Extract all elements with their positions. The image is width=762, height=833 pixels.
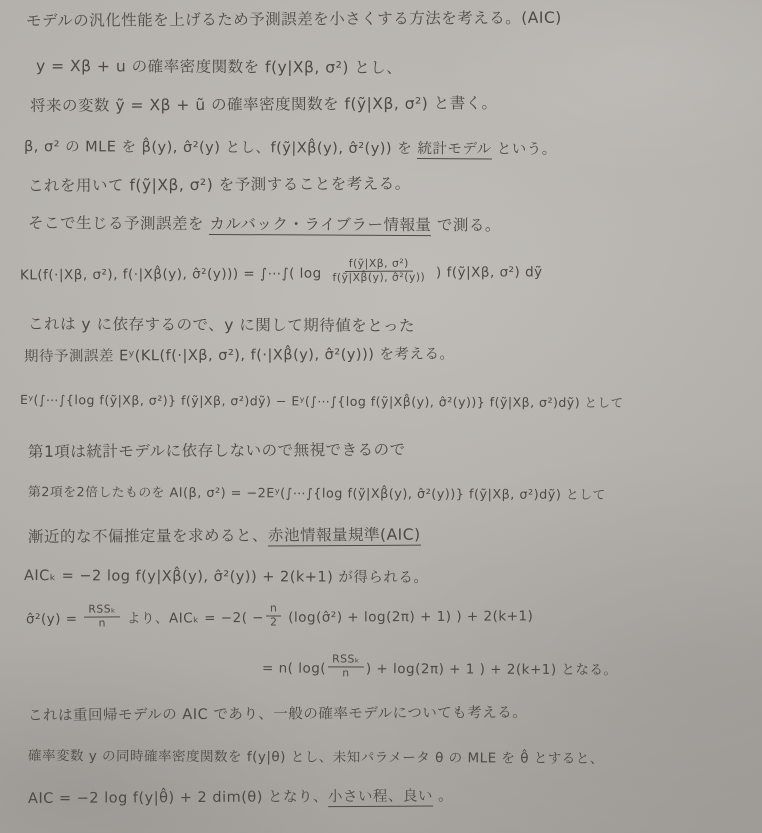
note-line-10: Eʸ(∫⋯∫{log f(ỹ|Xβ, σ²)} f(ỹ|Xβ, σ²)dỹ) −… <box>20 392 624 411</box>
handwritten-text: AIC = −2 log f(y|θ̂) + 2 dim(θ) となり、 <box>28 789 328 807</box>
note-line-1: モデルの汎化性能を上げるため予測誤差を小さくする方法を考える。(AIC) <box>26 9 562 32</box>
handwritten-text: という。 <box>492 141 557 157</box>
note-line-9: 期待予測誤差 Eʸ(KL(f(·|Xβ, σ²), f(·|Xβ̂(y), σ̂… <box>24 345 455 366</box>
handwritten-text: 確率変数 y の同時確率密度関数を f(y|θ) とし、未知パラメータ θ の … <box>28 748 604 767</box>
handwritten-text: Eʸ(∫⋯∫{log f(ỹ|Xβ, σ²)} f(ỹ|Xβ, σ²)dỹ) −… <box>20 392 624 410</box>
fraction-denominator: 2 <box>266 617 281 629</box>
note-line-5: これを用いて f(ỹ|Xβ, σ²) を予測することを考える。 <box>28 175 411 197</box>
note-line-16: = n( log(RSSₖn) + log(2π) + 1 ) + 2(k+1)… <box>262 655 618 684</box>
fraction: RSSₖn <box>328 653 364 680</box>
note-page: モデルの汎化性能を上げるため予測誤差を小さくする方法を考える。(AIC)y = … <box>0 0 762 833</box>
fraction-denominator: n <box>338 668 353 680</box>
fraction: f(ỹ|Xβ, σ²)f(ỹ|Xβ̂(y), σ̂²(y)) <box>328 258 429 285</box>
handwritten-text: KL(f(·|Xβ, σ²), f(·|Xβ̂(y), σ̂²(y))) = ∫… <box>20 266 327 284</box>
fraction: n2 <box>266 602 282 629</box>
handwritten-text: モデルの汎化性能を上げるため予測誤差を小さくする方法を考える。(AIC) <box>26 9 562 30</box>
fraction-denominator: f(ỹ|Xβ̂(y), σ̂²(y)) <box>329 272 430 285</box>
handwritten-text: 第1項は統計モデルに依存しないので無視できるので <box>28 441 406 461</box>
handwritten-text: (log(σ̂²) + log(2π) + 1) ) + 2(k+1) <box>283 608 533 626</box>
handwritten-text: 第2項を2倍したものを AI(β, σ²) = −2Eʸ(∫⋯∫{log f(ỹ… <box>28 485 606 503</box>
note-line-2: y = Xβ + u の確率密度関数を f(y|Xβ, σ²) とし、 <box>36 57 402 78</box>
note-line-6: そこで生じる予測誤差を カルバック・ライブラー情報量 で測る。 <box>28 214 501 236</box>
handwritten-text: 。 <box>433 788 453 804</box>
underlined-handwritten-text: 小さい程、良い <box>328 789 433 808</box>
handwritten-text: ) + log(2π) + 1 ) + 2(k+1) となる。 <box>366 661 618 678</box>
note-line-19: AIC = −2 log f(y|θ̂) + 2 dim(θ) となり、小さい程… <box>28 787 453 808</box>
handwritten-text: これは y に依存するので、y に関して期待値をとった <box>28 315 415 335</box>
handwritten-text: σ̂²(y) = <box>26 611 82 627</box>
handwritten-text: 将来の変数 ỹ = Xβ + ũ の確率密度関数を f(ỹ|Xβ, σ²) と書… <box>30 94 498 115</box>
handwritten-text: より、AICₖ = −2( − <box>122 610 264 627</box>
underlined-handwritten-text: カルバック・ライブラー情報量 <box>209 215 431 236</box>
note-line-13: 漸近的な不偏推定量を求めると、赤池情報量規準(AIC) <box>28 526 421 548</box>
handwritten-text: = n( log( <box>262 660 326 676</box>
fraction-denominator: n <box>95 618 110 630</box>
handwritten-text: これは重回帰モデルの AIC であり、一般の確率モデルについても考える。 <box>28 705 527 724</box>
handwritten-text: 漸近的な不偏推定量を求めると、 <box>28 527 268 546</box>
fraction-numerator: RSSₖ <box>328 653 364 668</box>
note-line-3: 将来の変数 ỹ = Xβ + ũ の確率密度関数を f(ỹ|Xβ, σ²) と書… <box>30 94 498 116</box>
underlined-handwritten-text: 統計モデル <box>417 141 491 159</box>
fraction-numerator: RSSₖ <box>84 603 120 618</box>
note-line-4: β, σ² の MLE を β̂(y), σ̂²(y) とし、f(ỹ|Xβ̂(y… <box>24 138 557 159</box>
note-line-15: σ̂²(y) = RSSₖn より、AICₖ = −2( −n2 (log(σ̂… <box>26 603 534 633</box>
note-line-18: 確率変数 y の同時確率密度関数を f(y|θ) とし、未知パラメータ θ の … <box>28 748 604 768</box>
handwritten-text: y = Xβ + u の確率密度関数を f(y|Xβ, σ²) とし、 <box>36 57 402 77</box>
handwritten-text: そこで生じる予測誤差を <box>28 214 210 233</box>
note-line-8: これは y に依存するので、y に関して期待値をとった <box>28 315 415 336</box>
handwritten-text: AICₖ = −2 log f(y|Xβ̂(y), σ̂²(y)) + 2(k+… <box>24 568 429 586</box>
note-line-7: KL(f(·|Xβ, σ²), f(·|Xβ̂(y), σ̂²(y))) = ∫… <box>20 259 543 289</box>
fraction: RSSₖn <box>84 603 120 630</box>
handwritten-text: で測る。 <box>431 216 501 234</box>
note-line-14: AICₖ = −2 log f(y|Xβ̂(y), σ̂²(y)) + 2(k+… <box>24 567 429 587</box>
underlined-handwritten-text: 赤池情報量規準(AIC) <box>268 526 421 547</box>
note-line-11: 第1項は統計モデルに依存しないので無視できるので <box>28 441 406 463</box>
fraction-numerator: n <box>266 602 281 616</box>
handwritten-text: ) f(ỹ|Xβ, σ²) dỹ <box>431 264 543 281</box>
handwritten-text: これを用いて f(ỹ|Xβ, σ²) を予測することを考える。 <box>28 175 411 195</box>
handwritten-text: 期待予測誤差 Eʸ(KL(f(·|Xβ, σ²), f(·|Xβ̂(y), σ̂… <box>24 346 455 365</box>
note-line-17: これは重回帰モデルの AIC であり、一般の確率モデルについても考える。 <box>28 704 527 725</box>
handwritten-text: β, σ² の MLE を β̂(y), σ̂²(y) とし、f(ỹ|Xβ̂(y… <box>24 139 417 157</box>
note-line-12: 第2項を2倍したものを AI(β, σ²) = −2Eʸ(∫⋯∫{log f(ỹ… <box>28 485 606 504</box>
